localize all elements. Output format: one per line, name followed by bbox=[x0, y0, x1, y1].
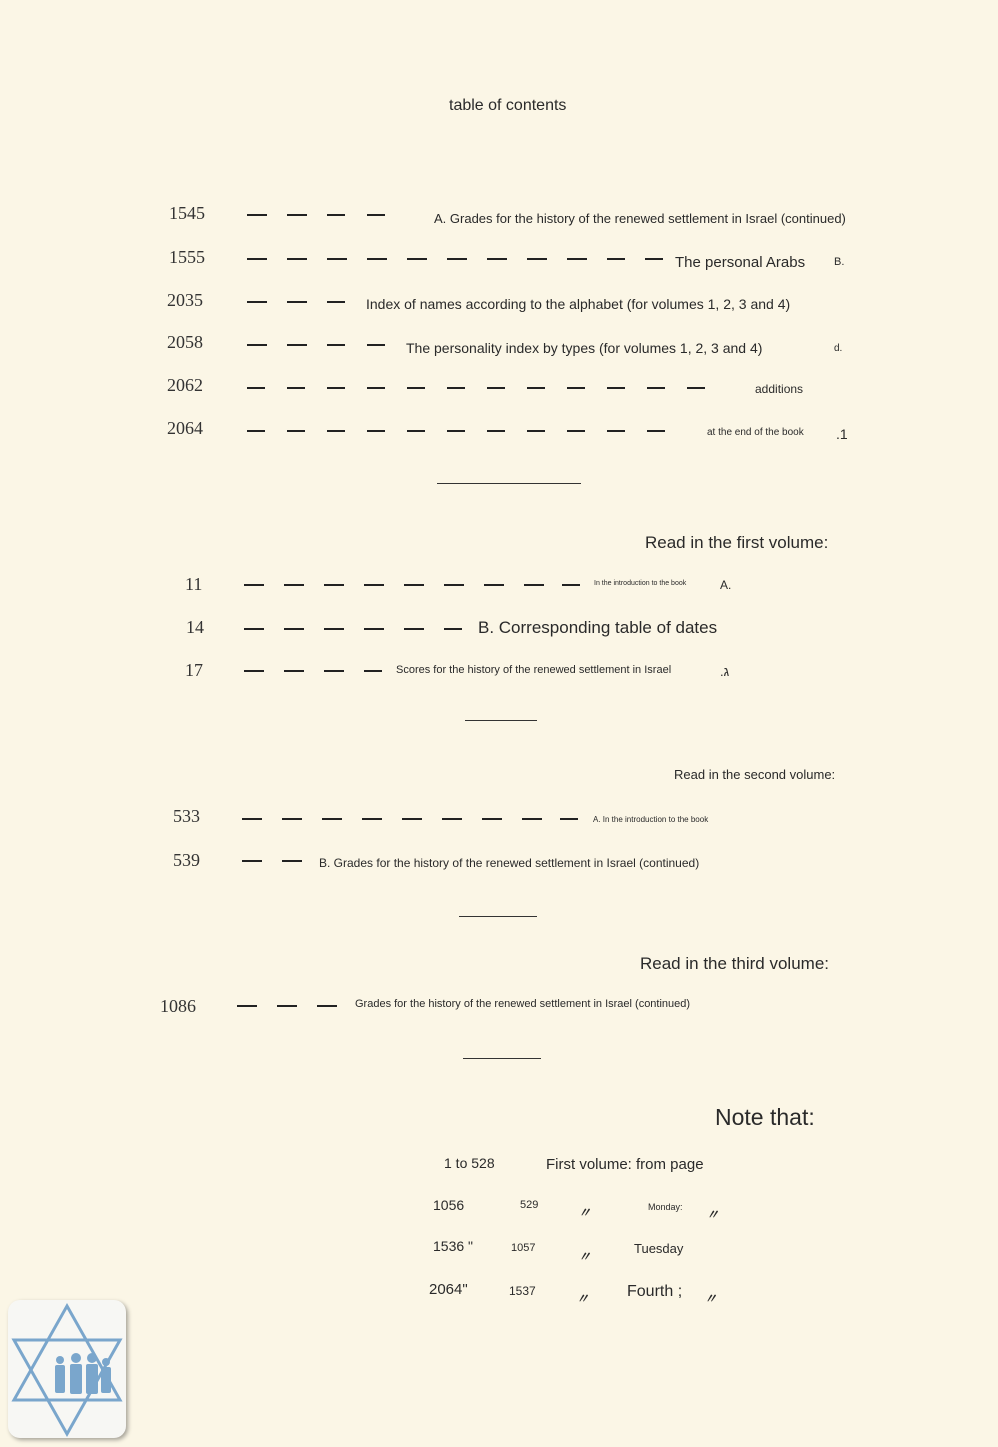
entry-text: Scores for the history of the renewed se… bbox=[396, 664, 671, 676]
entry-letter: B. bbox=[834, 256, 844, 268]
note-label: Monday: bbox=[648, 1202, 683, 1212]
ditto-mark: 〃 bbox=[576, 1288, 589, 1307]
note-heading: Note that: bbox=[715, 1104, 815, 1131]
ditto-mark: 〃 bbox=[578, 1202, 591, 1221]
entry-text: In the introduction to the book bbox=[594, 580, 686, 587]
entry-page: 1555 bbox=[169, 247, 205, 268]
ditto-mark: 〃 bbox=[578, 1246, 591, 1265]
divider bbox=[465, 720, 537, 721]
entry-text: B. Corresponding table of dates bbox=[478, 618, 717, 638]
entry-text: B. Grades for the history of the renewed… bbox=[319, 856, 699, 870]
note-from: 1537 bbox=[509, 1284, 536, 1298]
entry-page: 539 bbox=[173, 850, 200, 871]
note-from: 529 bbox=[520, 1199, 538, 1211]
entry-page: 1545 bbox=[169, 203, 205, 224]
entry-page: 533 bbox=[173, 806, 200, 827]
entry-page: 2064 bbox=[167, 418, 203, 439]
entry-letter: A. bbox=[720, 578, 731, 592]
entry-text: The personal Arabs bbox=[675, 254, 805, 271]
entry-text: Grades for the history of the renewed se… bbox=[355, 998, 690, 1010]
note-label: Tuesday bbox=[634, 1241, 683, 1256]
entry-text: A. In the introduction to the book bbox=[593, 815, 708, 824]
note-to: 2064" bbox=[429, 1281, 468, 1298]
entry-text: Index of names according to the alphabet… bbox=[366, 296, 790, 312]
entry-page: 11 bbox=[185, 574, 202, 595]
entry-letter: .1 bbox=[836, 426, 848, 442]
section-heading: Read in the second volume: bbox=[674, 767, 835, 782]
entry-page: 1086 bbox=[160, 996, 196, 1017]
page-title: table of contents bbox=[449, 97, 566, 115]
logo bbox=[8, 1300, 126, 1438]
section-heading: Read in the third volume: bbox=[640, 954, 829, 974]
entry-text: The personality index by types (for volu… bbox=[406, 340, 762, 356]
entry-page: 17 bbox=[185, 660, 203, 681]
entry-text: additions bbox=[755, 382, 803, 396]
entry-letter: .ג bbox=[720, 664, 729, 679]
note-label: Fourth ; bbox=[627, 1283, 682, 1301]
entry-text: A. Grades for the history of the renewed… bbox=[434, 211, 846, 226]
note-to: 1 to 528 bbox=[444, 1155, 495, 1171]
entry-page: 14 bbox=[186, 617, 204, 638]
note-to: 1056 bbox=[433, 1197, 464, 1213]
entry-page: 2035 bbox=[167, 290, 203, 311]
divider bbox=[459, 916, 537, 917]
ditto-mark: 〃 bbox=[704, 1288, 717, 1307]
note-to: 1536 " bbox=[433, 1238, 473, 1254]
ditto-mark: 〃 bbox=[706, 1204, 719, 1223]
divider bbox=[463, 1058, 541, 1059]
note-from: 1057 bbox=[511, 1242, 535, 1254]
entry-letter: d. bbox=[834, 343, 842, 354]
note-label: First volume: from page bbox=[546, 1156, 704, 1173]
entry-text: at the end of the book bbox=[707, 427, 804, 438]
star-of-david-family-icon bbox=[8, 1300, 126, 1438]
divider bbox=[437, 483, 581, 484]
entry-page: 2058 bbox=[167, 332, 203, 353]
entry-page: 2062 bbox=[167, 375, 203, 396]
section-heading: Read in the first volume: bbox=[645, 533, 828, 553]
